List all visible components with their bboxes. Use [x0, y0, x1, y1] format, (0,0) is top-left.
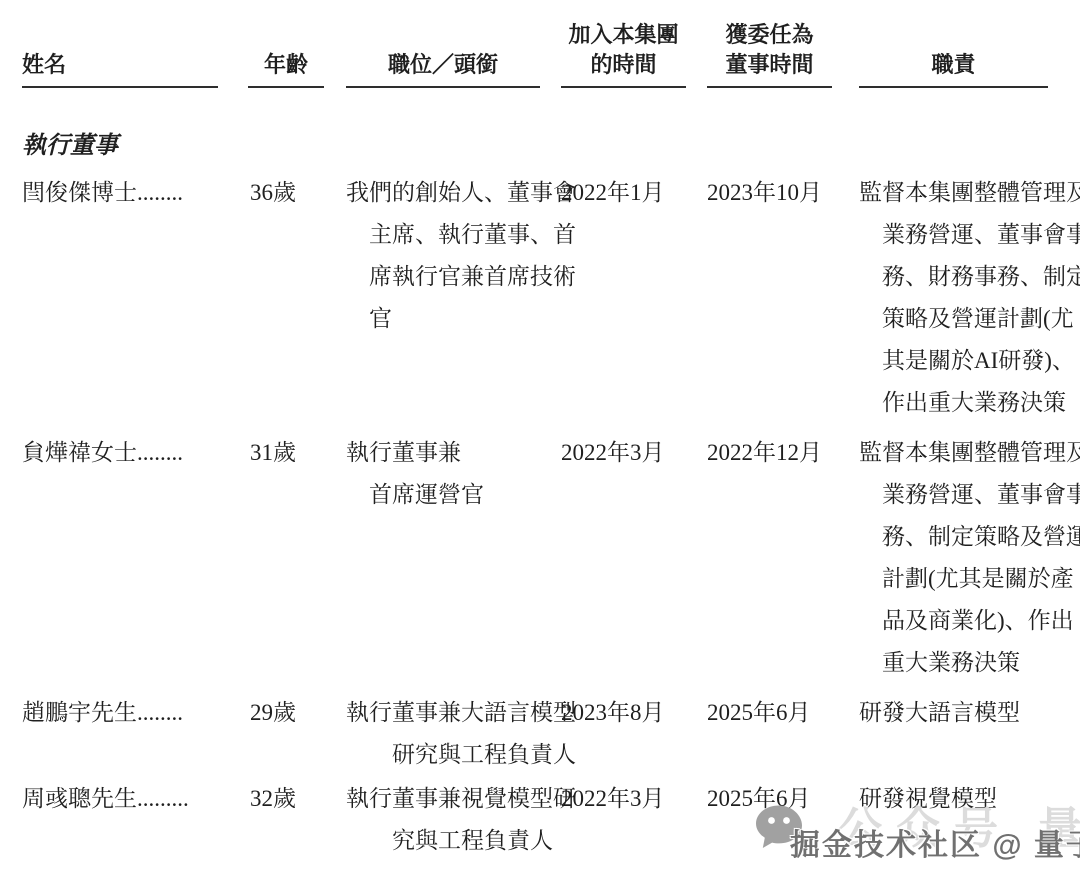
- header-age: 年齡: [248, 50, 324, 88]
- director-position: 執行董事兼視覺模型研 究與工程負責人: [346, 778, 540, 862]
- director-age: 31歲: [248, 432, 324, 684]
- director-position: 執行董事兼大語言模型 研究與工程負責人: [346, 692, 540, 776]
- director-appointed-date: 2025年6月: [707, 692, 832, 776]
- director-position: 我們的創始人、董事會 主席、執行董事、首 席執行官兼首席技術 官: [346, 172, 540, 424]
- table-header-row: 姓名 年齡 職位／頭銜 加入本集團 的時間 獲委任為 董事時間 職責: [22, 20, 1080, 88]
- prospectus-page: 姓名 年齡 職位／頭銜 加入本集團 的時間 獲委任為 董事時間 職責 執行董事 …: [0, 0, 1080, 874]
- director-name: 貟燁禕女士........: [22, 432, 218, 684]
- header-name: 姓名: [22, 50, 218, 88]
- director-joined-date: 2023年8月: [561, 692, 686, 776]
- table-row: 閆俊傑博士........ 36歲 我們的創始人、董事會 主席、執行董事、首 席…: [22, 172, 1080, 424]
- header-joined: 加入本集團 的時間: [561, 20, 686, 88]
- director-joined-date: 2022年3月: [561, 778, 686, 862]
- section-executive-directors: 執行董事: [22, 130, 1080, 162]
- director-duties: 研發視覺模型: [859, 778, 1048, 862]
- director-duties: 監督本集團整體管理及 業務營運、董事會事 務、財務事務、制定 策略及營運計劃(尤…: [859, 172, 1048, 424]
- header-position: 職位／頭銜: [346, 50, 540, 88]
- director-appointed-date: 2023年10月: [707, 172, 832, 424]
- header-appointed: 獲委任為 董事時間: [707, 20, 832, 88]
- director-duties: 監督本集團整體管理及 業務營運、董事會事 務、制定策略及營運 計劃(尤其是關於產…: [859, 432, 1048, 684]
- director-appointed-date: 2022年12月: [707, 432, 832, 684]
- director-age: 36歲: [248, 172, 324, 424]
- table-row: 貟燁禕女士........ 31歲 執行董事兼 首席運營官 2022年3月 20…: [22, 432, 1080, 684]
- table-row: 趙鵬宇先生........ 29歲 執行董事兼大語言模型 研究與工程負責人 20…: [22, 692, 1080, 776]
- table-row: 周彧聰先生......... 32歲 執行董事兼視覺模型研 究與工程負責人 20…: [22, 778, 1080, 862]
- director-name: 閆俊傑博士........: [22, 172, 218, 424]
- director-appointed-date: 2025年6月: [707, 778, 832, 862]
- director-duties: 研發大語言模型: [859, 692, 1048, 776]
- director-joined-date: 2022年3月: [561, 432, 686, 684]
- header-duties: 職責: [859, 50, 1048, 88]
- director-position: 執行董事兼 首席運營官: [346, 432, 540, 684]
- director-name: 趙鵬宇先生........: [22, 692, 218, 776]
- director-name: 周彧聰先生.........: [22, 778, 218, 862]
- director-age: 29歲: [248, 692, 324, 776]
- director-joined-date: 2022年1月: [561, 172, 686, 424]
- director-age: 32歲: [248, 778, 324, 862]
